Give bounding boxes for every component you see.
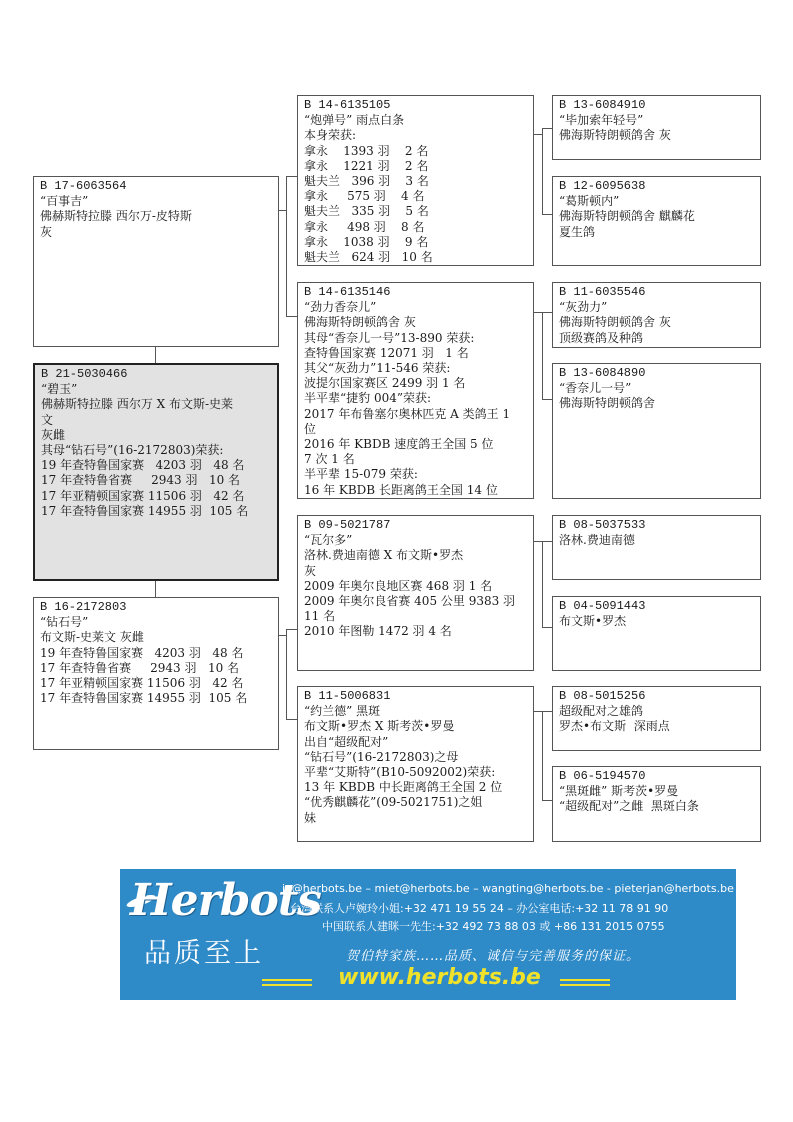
connector [286,629,287,719]
card-line: “劲力香奈儿” [304,300,527,315]
card-line: 半平辈“捷豹 004”荣获: [304,391,527,406]
ring-number: B 13-6084910 [559,98,754,113]
card-line: 16 年 KBDB 长距离鸽王全国 14 位 [304,483,527,498]
connector [542,312,543,399]
connector [155,346,156,364]
brand-tagline: 贺伯特家族……品质、诚信与完善服务的保证。 [346,945,640,964]
card-line: 佛海斯特朗顿鸽舍 麒麟花 [559,209,754,224]
card-line: 位 [304,422,527,437]
connector [278,635,286,636]
result-row: 17 年亚精顿国家赛 11506 羽 42 名 [41,489,271,504]
result-row: 17 年查特鲁国家赛 14955 羽 105 名 [41,504,271,519]
result-row: 17 年查特鲁省赛 2943 羽 10 名 [40,661,272,676]
card-line: 波提尔国家赛区 2499 羽 1 名 [304,376,527,391]
contact-china: 中国联系人建眯一先生:+32 492 73 88 03 或 +86 131 20… [322,918,665,934]
pedigree-card-ds-dam: B 04-5091443 布文斯•罗杰 [552,596,761,671]
result-row: 19 年查特鲁国家赛 4203 羽 48 名 [40,646,272,661]
connector [533,711,542,712]
connector [542,312,552,313]
card-line: 灰雌 [41,428,271,443]
card-line: 平辈“艾斯特”(B10-5092002)荣获: [304,765,527,780]
card-line: 佛海斯特朗顿鸽舍 灰 [304,315,527,330]
ring-number: B 14-6135146 [304,285,527,300]
connector [533,312,542,313]
card-line: 顶级赛鸽及种鸽 [559,331,754,346]
result-row: 魁夫兰 335 羽 5 名 [304,204,527,219]
card-line: 其父“灰劲力”11-546 荣获: [304,361,527,376]
ring-number: B 14-6135105 [304,98,527,113]
card-line: 半平辈 15-079 荣获: [304,467,527,482]
ring-number: B 21-5030466 [41,367,271,382]
card-line: “超级配对”之雌 黑斑白条 [559,799,754,814]
card-line: “炮弹号” 雨点白条 [304,113,527,128]
ring-number: B 06-5194570 [559,769,754,784]
card-line: 2009 年奥尔良省赛 405 公里 9383 羽 [304,594,527,609]
ring-number: B 04-5091443 [559,599,754,614]
pedigree-card-sd-sire: B 11-6035546 “灰劲力” 佛海斯特朗顿鸽舍 灰 顶级赛鸽及种鸽 [552,282,761,348]
card-line: 妹 [304,811,527,826]
card-line: “碧玉” [41,382,271,397]
card-line: 出自“超级配对” [304,735,527,750]
card-line: 灰 [304,564,527,579]
card-line: 文 [41,413,271,428]
result-row: 19 年查特鲁国家赛 4203 羽 48 名 [41,458,271,473]
pedigree-card-ss-dam: B 12-6095638 “葛斯顿内” 佛海斯特朗顿鸽舍 麒麟花 夏生鸽 [552,176,761,266]
result-row: 魁夫兰 396 羽 3 名 [304,174,527,189]
ring-number: B 09-5021787 [304,518,527,533]
ring-number: B 16-2172803 [40,600,272,615]
card-line: 洛林.费迪南德 [559,533,754,548]
card-line: “钻石号” [40,615,272,630]
ring-number: B 11-5006831 [304,689,527,704]
contact-emails: jo@herbots.be – miet@herbots.be – wangti… [282,882,734,895]
card-line: 2010 年图勒 1472 羽 4 名 [304,624,527,639]
card-line: 其母“钻石号”(16-2172803)荣获: [41,443,271,458]
card-line: 布文斯-史莱文 灰雌 [40,630,272,645]
card-line: “钻石号”(16-2172803)之母 [304,750,527,765]
connector [278,210,286,211]
result-row: 魁夫兰 624 羽 10 名 [304,250,527,265]
ring-number: B 13-6084890 [559,366,754,381]
card-line: 布文斯•罗杰 X 斯考茨•罗曼 [304,719,527,734]
card-line: 佛赫斯特拉滕 西尔万-皮特斯 [40,209,272,224]
result-row: 17 年亚精顿国家赛 11506 羽 42 名 [40,676,272,691]
result-row: 拿永 575 羽 4 名 [304,189,527,204]
ring-number: B 12-6095638 [559,179,754,194]
result-row: 拿永 498 羽 8 名 [304,220,527,235]
ring-number: B 08-5015256 [559,689,754,704]
card-line: 2017 年布鲁塞尔奥林匹克 A 类鸽王 1 [304,407,527,422]
card-line: 查特鲁国家赛 12071 羽 1 名 [304,346,527,361]
connector [286,316,297,317]
card-line: 夏生鸽 [559,225,754,240]
connector [542,711,552,712]
connector [533,134,542,135]
contact-taiwan: 台湾联系人卢婉玲小姐:+32 471 19 55 24 – 办公室电话:+32 … [290,900,668,916]
card-line: “黑斑雌” 斯考茨•罗曼 [559,784,754,799]
result-row: 拿永 1038 羽 9 名 [304,235,527,250]
result-row: 拿永 1393 羽 2 名 [304,144,527,159]
website-link[interactable]: www.herbots.be [338,965,541,990]
result-row: 17 年查特鲁省赛 2943 羽 10 名 [41,473,271,488]
card-line: “瓦尔多” [304,533,527,548]
card-line: 超级配对之雄鸽 [559,704,754,719]
connector [542,800,552,801]
connector [542,711,543,800]
ring-number: B 17-6063564 [40,179,272,194]
connector [286,176,287,316]
card-line: “百事吉” [40,194,272,209]
decorative-rule-right [560,979,610,986]
card-line: 佛赫斯特拉滕 西尔万 X 布文斯-史莱 [41,397,271,412]
connector [542,214,552,215]
card-line: 佛海斯特朗顿鸽舍 [559,396,754,411]
decorative-rule-left [262,979,312,986]
card-line: “毕加索年轻号” [559,113,754,128]
pedigree-card-sire-dam: B 14-6135146 “劲力香奈儿” 佛海斯特朗顿鸽舍 灰 其母“香奈儿一号… [297,282,534,499]
connector [286,629,297,630]
card-line: 罗杰•布文斯 深雨点 [559,719,754,734]
connector [542,399,552,400]
pedigree-card-ss-sire: B 13-6084910 “毕加索年轻号” 佛海斯特朗顿鸽舍 灰 [552,95,761,160]
result-row: 17 年查特鲁国家赛 14955 羽 105 名 [40,691,272,706]
card-line: “葛斯顿内” [559,194,754,209]
result-row: 拿永 1221 羽 2 名 [304,159,527,174]
pedigree-card-dam-sire: B 09-5021787 “瓦尔多” 洛林.费迪南德 X 布文斯•罗杰 灰 20… [297,515,534,671]
pedigree-card-dd-sire: B 08-5015256 超级配对之雄鸽 罗杰•布文斯 深雨点 [552,686,761,751]
connector [542,128,543,214]
connector [542,627,552,628]
pedigree-card-dam-dam: B 11-5006831 “约兰德” 黑斑 布文斯•罗杰 X 斯考茨•罗曼 出自… [297,686,534,842]
ring-number: B 08-5037533 [559,518,754,533]
card-line: “优秀麒麟花”(09-5021751)之姐 [304,795,527,810]
card-line: 其母“香奈儿一号”13-890 荣获: [304,331,527,346]
connector [155,580,156,598]
card-line: 洛林.费迪南德 X 布文斯•罗杰 [304,548,527,563]
pedigree-card-sire-sire: B 14-6135105 “炮弹号” 雨点白条 本身荣获: 拿永 1393 羽 … [297,95,534,266]
card-line: “香奈儿一号” [559,381,754,396]
connector [542,128,552,129]
card-line: 布文斯•罗杰 [559,614,754,629]
brand-slogan: 品质至上 [144,931,264,970]
pedigree-card-dd-dam: B 06-5194570 “黑斑雌” 斯考茨•罗曼 “超级配对”之雌 黑斑白条 [552,766,761,842]
card-line: 灰 [40,225,272,240]
connector [286,719,297,720]
card-line: 11 名 [304,609,527,624]
card-line: “灰劲力” [559,300,754,315]
card-line: 2009 年奥尔良地区赛 468 羽 1 名 [304,579,527,594]
card-line: 7 次 1 名 [304,452,527,467]
card-line: 2016 年 KBDB 速度鸽王全国 5 位 [304,437,527,452]
ring-number: B 11-6035546 [559,285,754,300]
card-line: 本身荣获: [304,128,527,143]
card-line: 13 年 KBDB 中长距离鸽王全国 2 位 [304,780,527,795]
connector [542,541,543,627]
card-line: 佛海斯特朗顿鸽舍 灰 [559,315,754,330]
pedigree-card-sire: B 17-6063564 “百事吉” 佛赫斯特拉滕 西尔万-皮特斯 灰 [33,176,279,347]
card-line: “约兰德” 黑斑 [304,704,527,719]
connector [542,541,552,542]
card-line: 佛海斯特朗顿鸽舍 灰 [559,128,754,143]
pedigree-card-sd-dam: B 13-6084890 “香奈儿一号” 佛海斯特朗顿鸽舍 [552,363,761,499]
connector [286,176,297,177]
pedigree-card-dam: B 16-2172803 “钻石号” 布文斯-史莱文 灰雌 19 年查特鲁国家赛… [33,597,279,750]
connector [533,541,542,542]
pedigree-card-ds-sire: B 08-5037533 洛林.费迪南德 [552,515,761,580]
pedigree-card-subject: B 21-5030466 “碧玉” 佛赫斯特拉滕 西尔万 X 布文斯-史莱 文 … [33,363,279,581]
herbots-banner: Herbots 品质至上 jo@herbots.be – miet@herbot… [120,869,736,1000]
